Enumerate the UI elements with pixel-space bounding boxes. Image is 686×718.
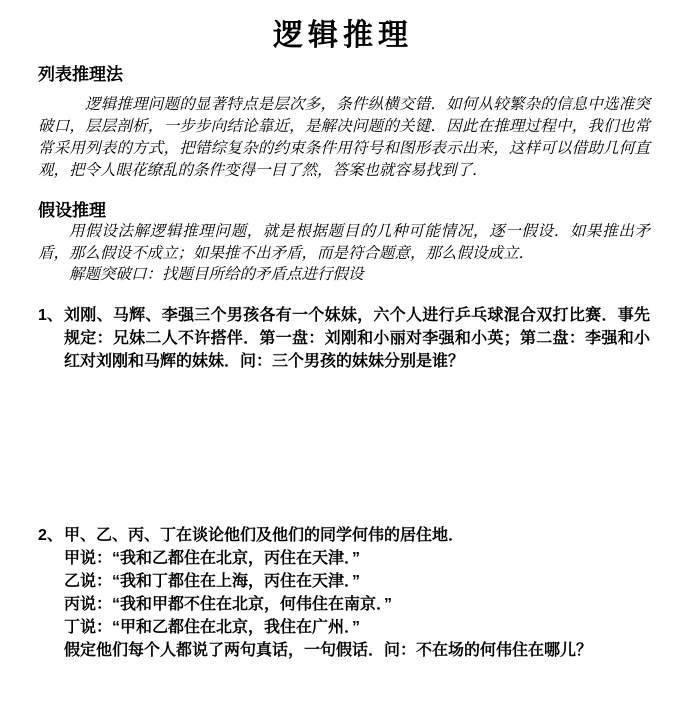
section-note-breakthrough: 解题突破口：找题目所给的矛盾点进行假设 bbox=[38, 264, 650, 286]
problem-1: 1、 刘刚、马辉、李强三个男孩各有一个妹妹，六个人进行乒乓球混合双打比赛．事先规… bbox=[38, 304, 650, 373]
problem-2-statement-ding: 丁说：“甲和乙都住在北京，我住在广州．” bbox=[64, 616, 650, 639]
section-body-list-method: 逻辑推理问题的显著特点是层次多，条件纵横交错．如何从较繁杂的信息中选准突破口，层… bbox=[38, 94, 650, 182]
problem-1-text: 刘刚、马辉、李强三个男孩各有一个妹妹，六个人进行乒乓球混合双打比赛．事先规定：兄… bbox=[64, 304, 650, 373]
problem-2-text: 甲、乙、丙、丁在谈论他们及他们的同学何伟的居住地． 甲说：“我和乙都住在北京，丙… bbox=[64, 524, 650, 662]
section-heading-list-method: 列表推理法 bbox=[38, 60, 650, 85]
problem-2-question-line: 假定他们每个人都说了两句真话，一句假话．问：不在场的何伟住在哪儿？ bbox=[64, 639, 650, 662]
problem-2-number: 2、 bbox=[38, 524, 64, 662]
problem-2: 2、 甲、乙、丙、丁在谈论他们及他们的同学何伟的居住地． 甲说：“我和乙都住在北… bbox=[38, 524, 650, 662]
problem-2-intro-line: 甲、乙、丙、丁在谈论他们及他们的同学何伟的居住地． bbox=[64, 524, 650, 547]
problem-2-statement-bing: 丙说：“我和甲都不住在北京，何伟住在南京．” bbox=[64, 593, 650, 616]
problem-1-number: 1、 bbox=[38, 304, 64, 373]
section-body-hypothesis-method: 用假设法解逻辑推理问题，就是根据题目的几种可能情况，逐一假设．如果推出矛盾，那么… bbox=[38, 221, 650, 264]
problem-2-statement-yi: 乙说：“我和丁都住在上海，丙住在天津．” bbox=[64, 570, 650, 593]
problem-2-statement-jia: 甲说：“我和乙都住在北京，丙住在天津．” bbox=[64, 547, 650, 570]
section-hypothesis-text: 用假设法解逻辑推理问题，就是根据题目的几种可能情况，逐一假设．如果推出矛盾，那么… bbox=[38, 221, 650, 286]
section-heading-hypothesis-method: 假设推理 bbox=[38, 196, 650, 221]
document-page: 逻辑推理 列表推理法 逻辑推理问题的显著特点是层次多，条件纵横交错．如何从较繁杂… bbox=[0, 0, 686, 718]
document-title: 逻辑推理 bbox=[0, 10, 686, 54]
